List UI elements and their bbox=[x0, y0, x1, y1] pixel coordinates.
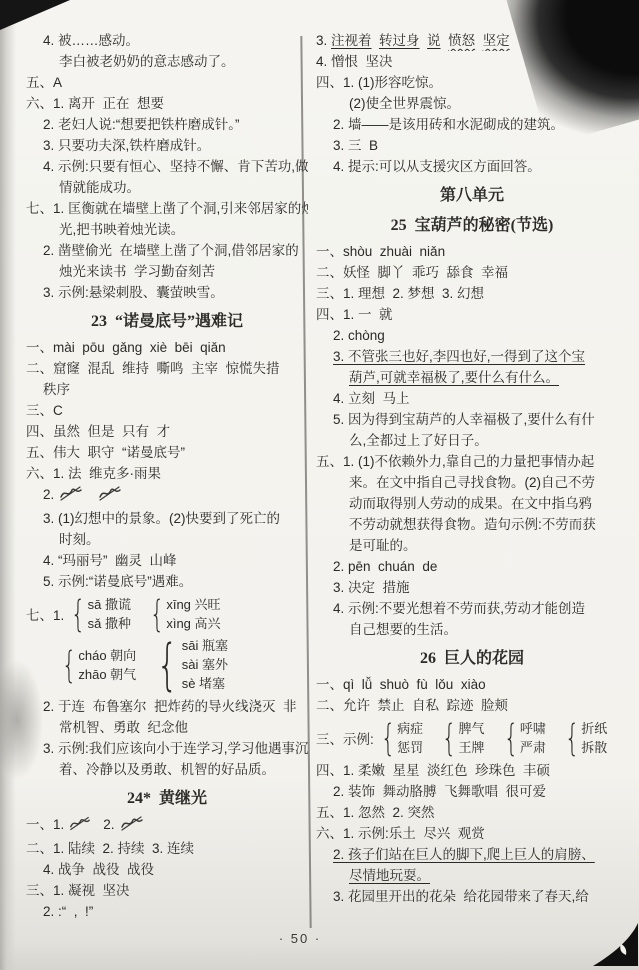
answer-line: 一、qì lǚ shuò fù lǒu xiào bbox=[316, 674, 628, 695]
answer-line: 4. 示例:只要有恒心、坚持不懈、肯下苦功,做事 bbox=[26, 156, 308, 177]
brace-items: sā 撒谎sǎ 撒种 bbox=[88, 595, 131, 633]
brace-item: 脾气 bbox=[459, 719, 485, 738]
answer-line: 4. 憎恨 坚决 bbox=[316, 51, 628, 72]
brace-answer-group: 七、1.{sā 撒谎sǎ 撒种{xīng 兴旺xìng 高兴 bbox=[26, 595, 308, 633]
brace-icon: { bbox=[381, 716, 395, 760]
brace-group: {xīng 兴旺xìng 高兴 bbox=[147, 595, 221, 633]
answer-text: 愤怒 bbox=[448, 33, 475, 48]
answer-page: 4. 被……感动。李白被老奶奶的意志感动了。五、A六、1. 离开 正在 想要2.… bbox=[0, 0, 639, 970]
brace-icon: { bbox=[62, 643, 76, 687]
answer-line: 四、1. (1)形容吃惊。 bbox=[316, 72, 628, 93]
page-edge-shadow bbox=[0, 0, 16, 970]
brace-items: 病症惩罚 bbox=[397, 719, 423, 757]
answer-text: 3. bbox=[316, 33, 331, 48]
answer-line: 3. 花园里开出的花朵 给花园带来了春天,给 bbox=[316, 886, 628, 907]
left-column: 4. 被……感动。李白被老奶奶的意志感动了。五、A六、1. 离开 正在 想要2.… bbox=[26, 30, 308, 922]
answer-line: 2. 老妇人说:“想要把铁杵磨成针。” bbox=[26, 114, 308, 135]
answer-line: 四、1. 一 就 bbox=[316, 304, 628, 325]
brace-prefix: 七、1. bbox=[26, 604, 64, 624]
brace-icon: { bbox=[150, 592, 164, 636]
answer-line: 2. 孩子们站在巨人的脚下,爬上巨人的肩膀、 bbox=[316, 844, 628, 865]
answer-line: 5. 因为得到宝葫芦的人幸福极了,要什么有什 bbox=[316, 409, 628, 430]
answer-line: 动而取得别人劳动的成果。在文中指乌鸦 bbox=[316, 493, 628, 514]
answer-line: (2)使全世界震惊。 bbox=[316, 93, 628, 114]
answer-text: 2. bbox=[92, 817, 118, 832]
page-number: · 50 · bbox=[230, 931, 370, 946]
handwritten-scribble bbox=[58, 485, 84, 508]
scan-corner-wedge bbox=[0, 0, 70, 30]
answer-line: 情就能成功。 bbox=[26, 177, 308, 198]
brace-icon: { bbox=[157, 632, 178, 696]
answer-line: 二、妖怪 脚丫 乖巧 舔食 幸福 bbox=[316, 262, 628, 283]
answer-text: 说 bbox=[427, 33, 441, 48]
answer-line: 2. 于连 布鲁塞尔 把炸药的导火线浇灭 非 bbox=[26, 696, 308, 717]
brace-item: 惩罚 bbox=[397, 738, 423, 757]
brace-items: sāi 瓶塞sài 塞外sè 堵塞 bbox=[182, 636, 228, 693]
answer-line: 2. 墙——是该用砖和水泥砌成的建筑。 bbox=[316, 114, 628, 135]
answer-line: 5. 示例:“诺曼底号”遇难。 bbox=[26, 571, 308, 592]
answer-line: 六、1. 法 维克多·雨果 bbox=[26, 463, 308, 484]
brace-item: sè 堵塞 bbox=[182, 674, 228, 693]
brace-item: zhāo 朝气 bbox=[78, 665, 136, 684]
answer-line: 2. bbox=[26, 484, 308, 508]
answer-line: 3. 决定 措施 bbox=[316, 577, 628, 598]
answer-text bbox=[84, 487, 95, 502]
answer-line: 着、冷静以及勇敢、机智的好品质。 bbox=[26, 759, 308, 780]
answer-line: 二、窟窿 混乱 维持 嘶鸣 主宰 惊慌失措 bbox=[26, 358, 308, 379]
answer-line: 一、1. 2. bbox=[26, 814, 308, 838]
answer-line: 一、shòu zhuài niǎn bbox=[316, 241, 628, 262]
brace-group: {病症惩罚 bbox=[378, 719, 423, 757]
answer-line: 葫芦,可就幸福极了,要什么有什么。 bbox=[316, 367, 628, 388]
brace-answer-group: {cháo 朝向zhāo 朝气{sāi 瓶塞sài 塞外sè 堵塞 bbox=[26, 636, 308, 693]
brace-group: {sāi 瓶塞sài 塞外sè 堵塞 bbox=[152, 636, 228, 693]
handwritten-scribble bbox=[118, 815, 146, 838]
section-heading: 26 巨人的花园 bbox=[316, 648, 628, 670]
answer-text: 一、1. bbox=[26, 817, 68, 832]
answer-line: 2. :“ , !” bbox=[26, 901, 308, 922]
answer-line: 来。在文中指自己寻找食物。(2)自己不劳 bbox=[316, 472, 628, 493]
brace-group: {呼啸严肃 bbox=[501, 719, 546, 757]
brace-item: sā 撒谎 bbox=[88, 595, 131, 614]
answer-line: 是可耻的。 bbox=[316, 535, 628, 556]
answer-line: 七、1. 匡衡就在墙壁上凿了个洞,引来邻居家的烛 bbox=[26, 198, 308, 219]
brace-icon: { bbox=[71, 592, 85, 636]
brace-items: 呼啸严肃 bbox=[520, 719, 546, 757]
brace-item: 呼啸 bbox=[520, 719, 546, 738]
section-heading: 24* 黄继光 bbox=[26, 788, 308, 810]
answer-line: 么,全都过上了好日子。 bbox=[316, 430, 628, 451]
section-heading: 第八单元 bbox=[316, 185, 628, 207]
brace-item: 折纸 bbox=[581, 719, 607, 738]
answer-line: 4. 提示:可以从支援灾区方面回答。 bbox=[316, 156, 628, 177]
brace-item: 拆散 bbox=[581, 738, 607, 757]
answer-line: 二、1. 陆续 2. 持续 3. 连续 bbox=[26, 838, 308, 859]
answer-line: 3. 三 B bbox=[316, 135, 628, 156]
answer-text: 坚定 bbox=[483, 33, 510, 48]
answer-line: 四、1. 柔嫩 星星 淡红色 珍珠色 丰硕 bbox=[316, 760, 628, 781]
answer-line: 4. 示例:不要光想着不劳而获,劳动才能创造 bbox=[316, 598, 628, 619]
handwritten-scribble bbox=[68, 815, 92, 838]
answer-line: 时刻。 bbox=[26, 529, 308, 550]
answer-line: 3. 示例:悬梁刺股、囊萤映雪。 bbox=[26, 282, 308, 303]
section-heading: 23 “诺曼底号”遇难记 bbox=[26, 311, 308, 333]
answer-line: 3. 示例:我们应该向小于连学习,学习他遇事沉 bbox=[26, 738, 308, 759]
brace-item: cháo 朝向 bbox=[78, 646, 136, 665]
answer-text: 转过身 bbox=[379, 33, 420, 48]
brace-item: 病症 bbox=[397, 719, 423, 738]
section-heading: 25 宝葫芦的秘密(节选) bbox=[316, 215, 628, 237]
answer-line: 4. 被……感动。 bbox=[26, 30, 308, 51]
answer-line: 六、1. 示例:乐土 尽兴 观赏 bbox=[316, 823, 628, 844]
handwritten-scribble bbox=[95, 485, 125, 508]
brace-item: sǎ 撒种 bbox=[88, 614, 131, 633]
brace-group: {cháo 朝向zhāo 朝气 bbox=[59, 646, 136, 684]
answer-line: 3. (1)幻想中的景象。(2)快要到了死亡的 bbox=[26, 508, 308, 529]
brace-icon: { bbox=[442, 716, 456, 760]
brace-items: 脾气王牌 bbox=[459, 719, 485, 757]
answer-line: 4. 立刻 马上 bbox=[316, 388, 628, 409]
answer-line: 六、1. 离开 正在 想要 bbox=[26, 93, 308, 114]
answer-line: 四、虽然 但是 只有 才 bbox=[26, 421, 308, 442]
answer-line: 2. chòng bbox=[316, 325, 628, 346]
answer-line: 五、1. 忽然 2. 突然 bbox=[316, 802, 628, 823]
brace-item: xīng 兴旺 bbox=[166, 595, 220, 614]
brace-icon: { bbox=[565, 716, 579, 760]
right-column: 3. 注视着 转过身 说 愤怒 坚定4. 憎恨 坚决四、1. (1)形容吃惊。(… bbox=[316, 30, 628, 907]
answer-line: 3. 只要功夫深,铁杵磨成针。 bbox=[26, 135, 308, 156]
answer-line: 一、mài pōu gǎng xiè bēi qiǎn bbox=[26, 337, 308, 358]
answer-text: 2. bbox=[43, 487, 58, 502]
answer-line: 五、1. (1)不依赖外力,靠自己的力量把事情办起 bbox=[316, 451, 628, 472]
brace-items: 折纸拆散 bbox=[581, 719, 607, 757]
brace-item: 王牌 bbox=[459, 738, 485, 757]
answer-line: 五、A bbox=[26, 72, 308, 93]
answer-line: 3. 注视着 转过身 说 愤怒 坚定 bbox=[316, 30, 628, 51]
brace-icon: { bbox=[504, 716, 518, 760]
brace-items: cháo 朝向zhāo 朝气 bbox=[78, 646, 136, 684]
answer-line: 常机智、勇敢 纪念他 bbox=[26, 717, 308, 738]
answer-line: 4. “玛丽号” 幽灵 山峰 bbox=[26, 550, 308, 571]
answer-line: 3. 不管张三也好,李四也好,一得到了这个宝 bbox=[316, 346, 628, 367]
page-curl-icon bbox=[591, 922, 639, 968]
brace-items: xīng 兴旺xìng 高兴 bbox=[166, 595, 220, 633]
brace-answer-group: 三、示例:{病症惩罚{脾气王牌{呼啸严肃{折纸拆散 bbox=[316, 719, 628, 757]
answer-text bbox=[441, 33, 449, 48]
answer-line: 五、伟大 职守 “诺曼底号” bbox=[26, 442, 308, 463]
answer-line: 光,把书映着烛光读。 bbox=[26, 219, 308, 240]
brace-item: sài 塞外 bbox=[182, 655, 228, 674]
brace-prefix: 三、示例: bbox=[316, 728, 374, 748]
answer-line: 2. 装饰 舞动胳膊 飞舞歌唱 很可爱 bbox=[316, 781, 628, 802]
answer-line: 2. 凿壁偷光 在墙壁上凿了个洞,借邻居家的 bbox=[26, 240, 308, 261]
brace-group: {脾气王牌 bbox=[439, 719, 484, 757]
answer-line: 4. 战争 战役 战役 bbox=[26, 859, 308, 880]
answer-line: 二、允许 禁止 自私 踪迹 脸颊 bbox=[316, 695, 628, 716]
answer-line: 不劳动就想获得食物。造句示例:不劳而获 bbox=[316, 514, 628, 535]
answer-line: 三、1. 凝视 坚决 bbox=[26, 880, 308, 901]
answer-text bbox=[475, 33, 483, 48]
brace-group: {折纸拆散 bbox=[562, 719, 607, 757]
answer-line: 秩序 bbox=[26, 379, 308, 400]
answer-text bbox=[420, 33, 428, 48]
answer-line: 三、C bbox=[26, 400, 308, 421]
answer-line: 烛光来读书 学习勤奋刻苦 bbox=[26, 261, 308, 282]
answer-text bbox=[372, 33, 380, 48]
brace-item: 严肃 bbox=[520, 738, 546, 757]
answer-line: 李白被老奶奶的意志感动了。 bbox=[26, 51, 308, 72]
answer-line: 2. pēn chuán de bbox=[316, 556, 628, 577]
answer-line: 尽情地玩耍。 bbox=[316, 865, 628, 886]
answer-text: 注视着 bbox=[331, 33, 372, 48]
brace-group: {sā 撒谎sǎ 撒种 bbox=[68, 595, 131, 633]
answer-line: 自己想要的生活。 bbox=[316, 619, 628, 640]
brace-item: xìng 高兴 bbox=[166, 614, 220, 633]
brace-item: sāi 瓶塞 bbox=[182, 636, 228, 655]
answer-line: 三、1. 理想 2. 梦想 3. 幻想 bbox=[316, 283, 628, 304]
